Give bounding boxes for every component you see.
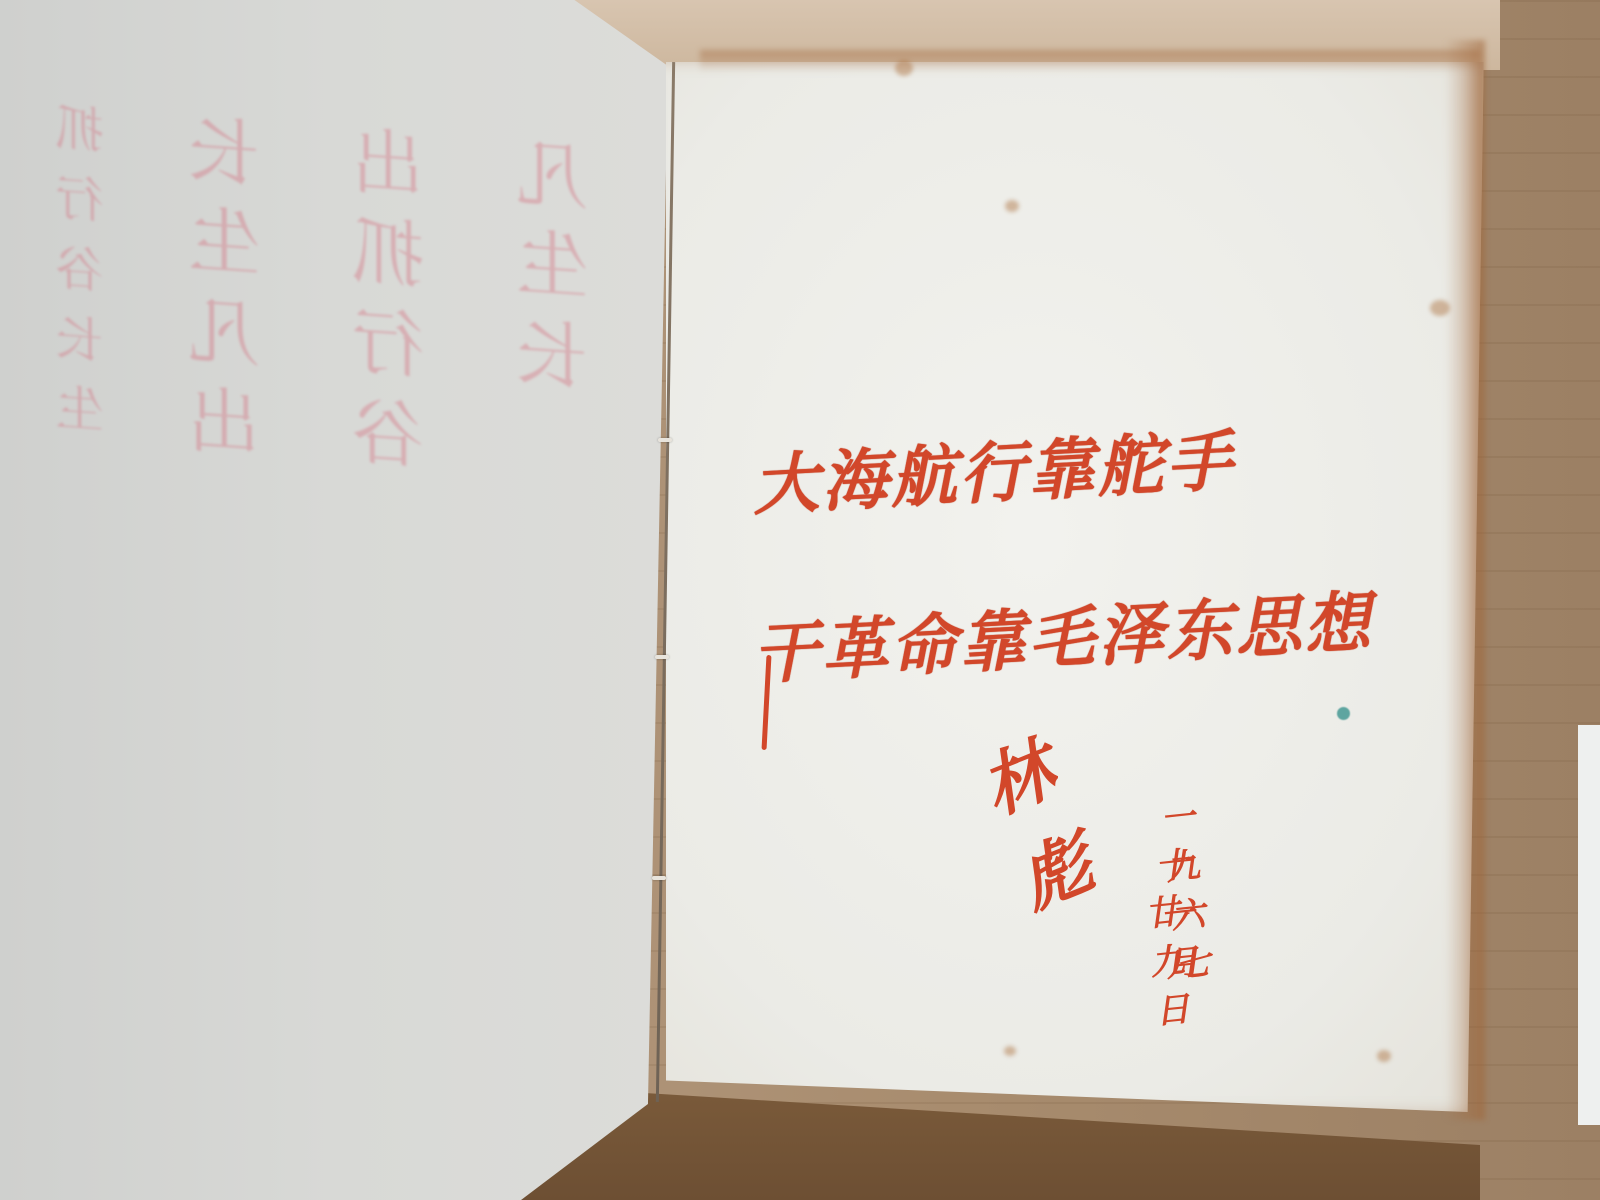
binding-stitch xyxy=(655,655,669,659)
foxing-spot xyxy=(1005,200,1019,212)
bleed-column: 长生凡出 xyxy=(178,111,282,1178)
side-paper-sheet xyxy=(1578,725,1600,1125)
binding-stitch xyxy=(658,438,672,442)
bleed-column: 出抓行谷 xyxy=(342,122,446,1189)
page-edge-foxing xyxy=(1445,40,1485,1120)
foxing-spot xyxy=(1377,1050,1391,1062)
bleed-column: 凡生长 xyxy=(506,134,610,1200)
binding-stitch xyxy=(652,876,666,880)
page-top-foxing xyxy=(700,50,1480,72)
foxing-spot xyxy=(895,60,913,76)
foxing-spot xyxy=(1004,1046,1016,1056)
left-page: 凡生长 出抓行谷 长生凡出 抓行谷长生 凡出抓 xyxy=(0,0,668,1200)
bleed-column: 抓行谷长生 xyxy=(49,102,118,1167)
teal-spot xyxy=(1337,707,1350,720)
foxing-spot xyxy=(1430,300,1450,316)
bleed-through-calligraphy: 凡生长 出抓行谷 长生凡出 抓行谷长生 凡出抓 xyxy=(10,99,610,1200)
